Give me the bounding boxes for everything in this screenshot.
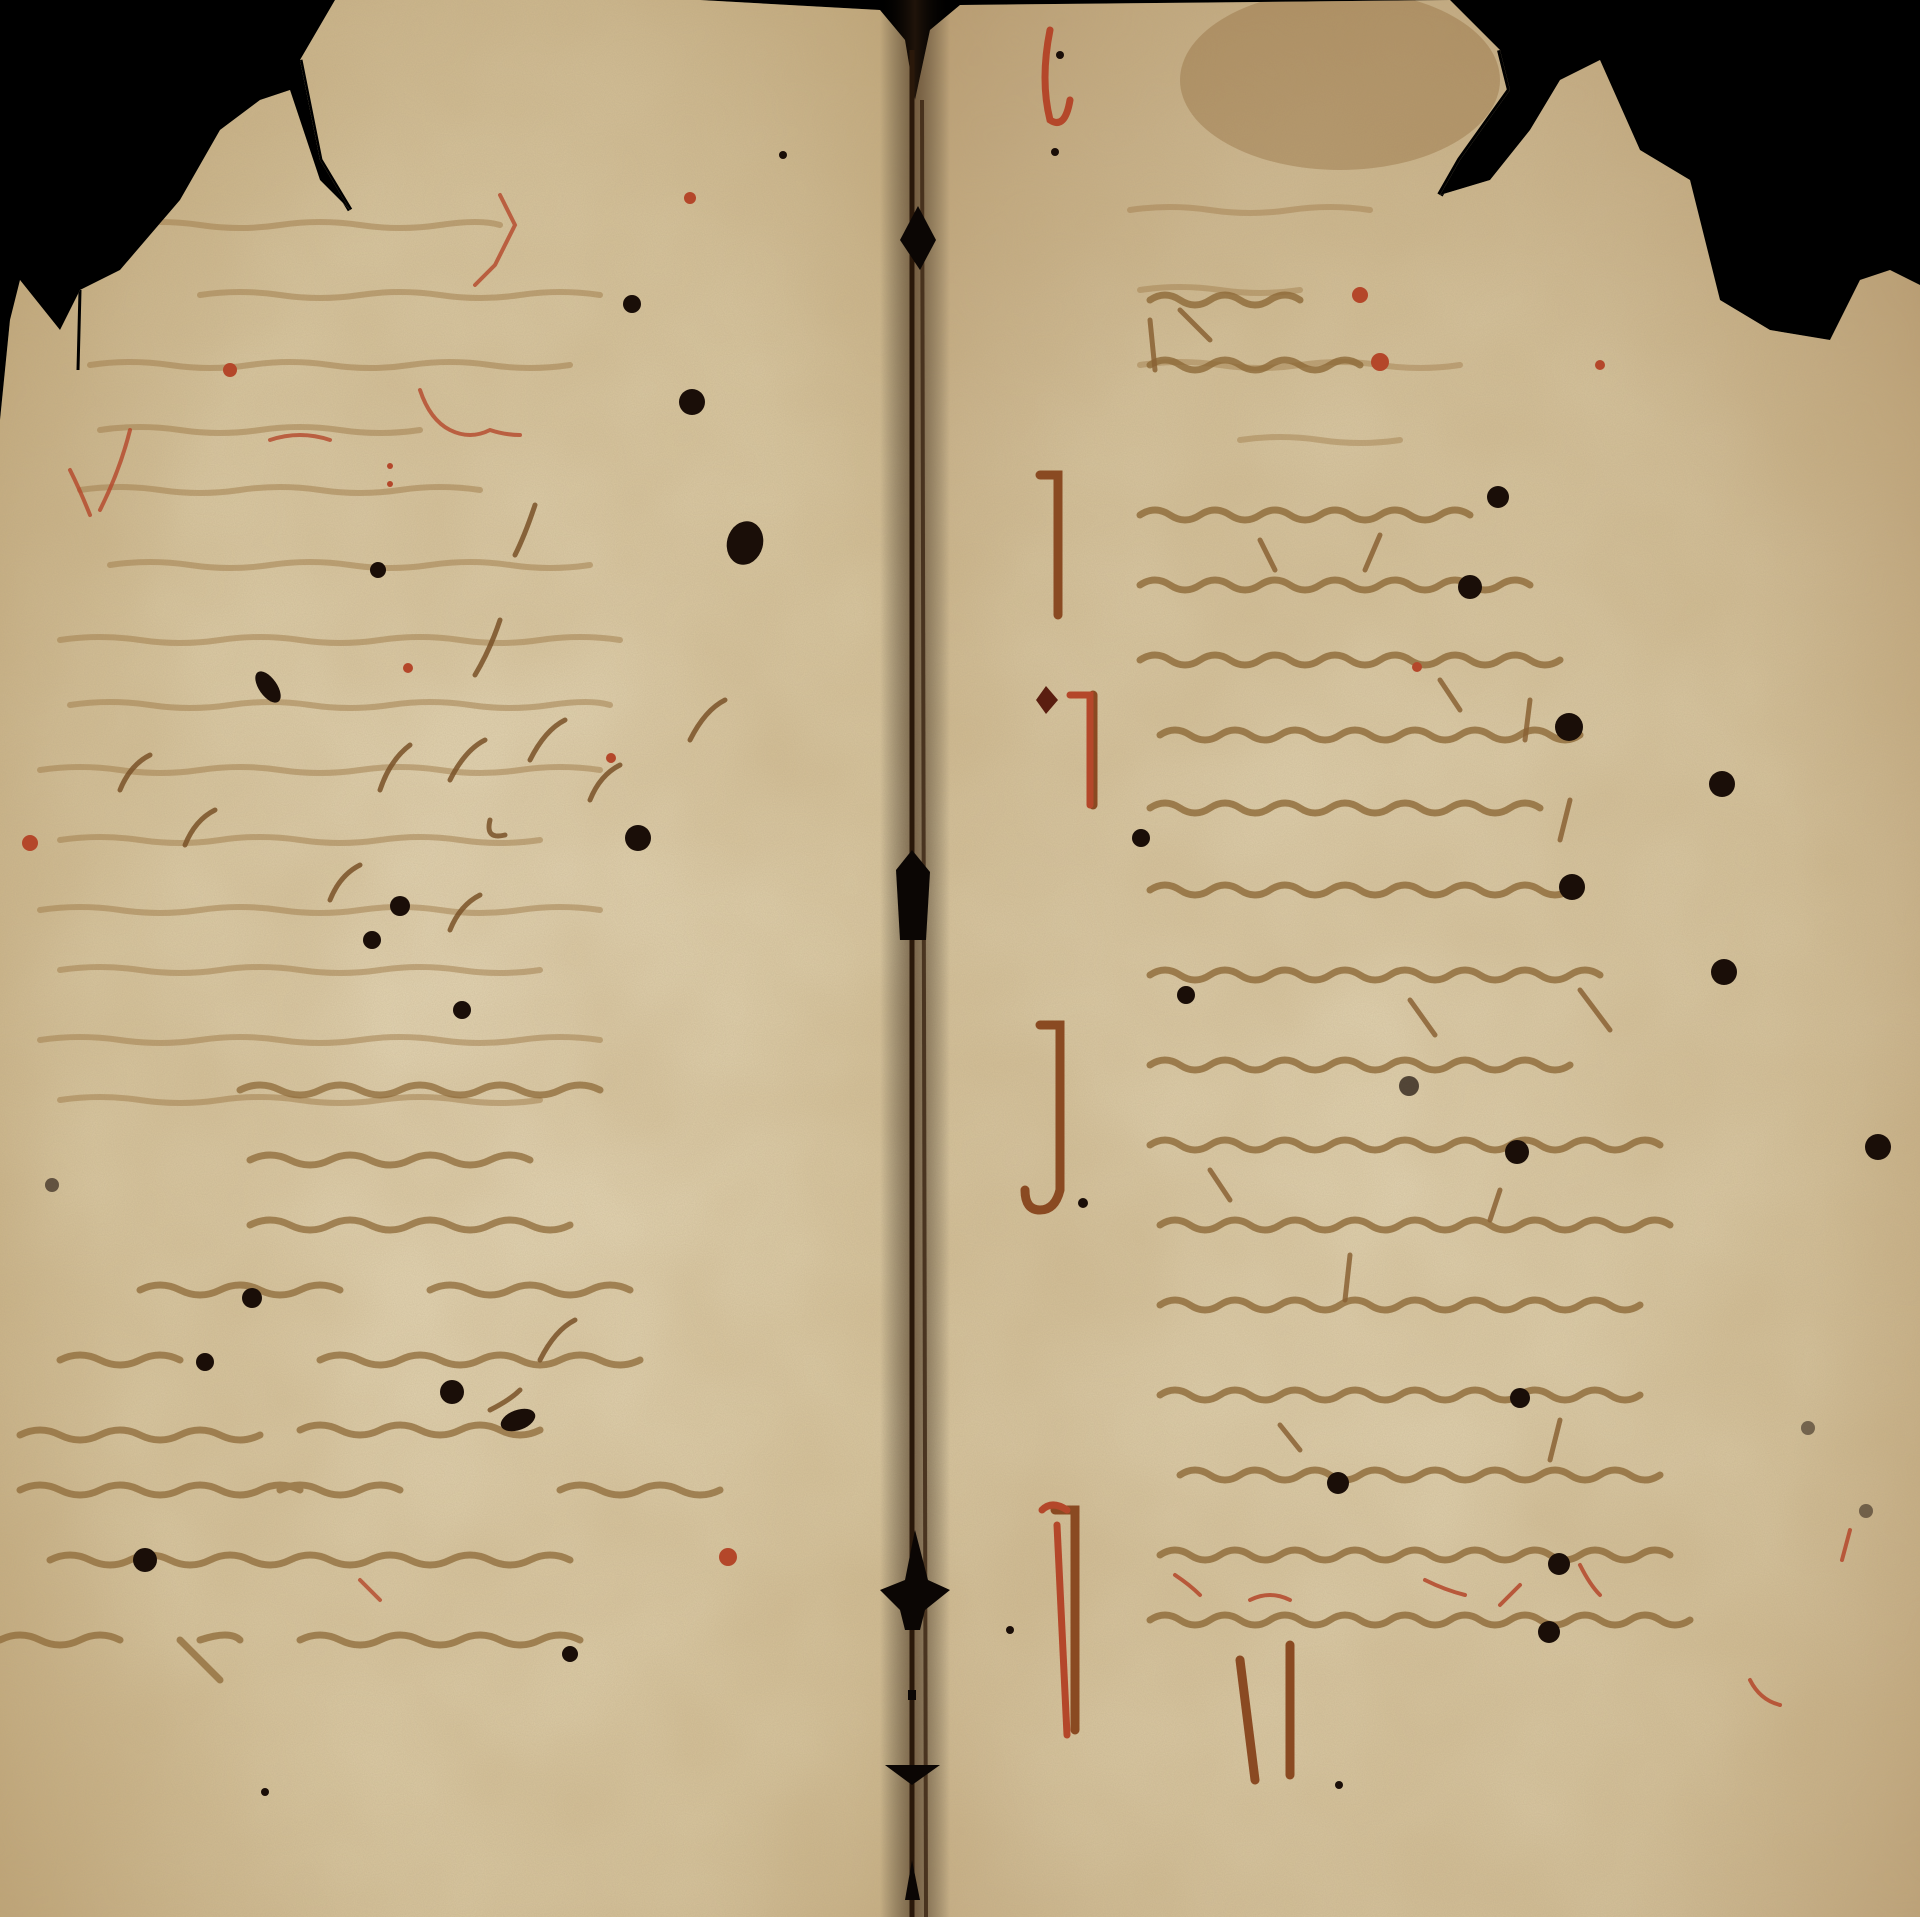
- spine: [880, 0, 950, 1917]
- left-page: [0, 0, 920, 1917]
- manuscript-photo: [0, 0, 1920, 1917]
- manuscript-svg: [0, 0, 1920, 1917]
